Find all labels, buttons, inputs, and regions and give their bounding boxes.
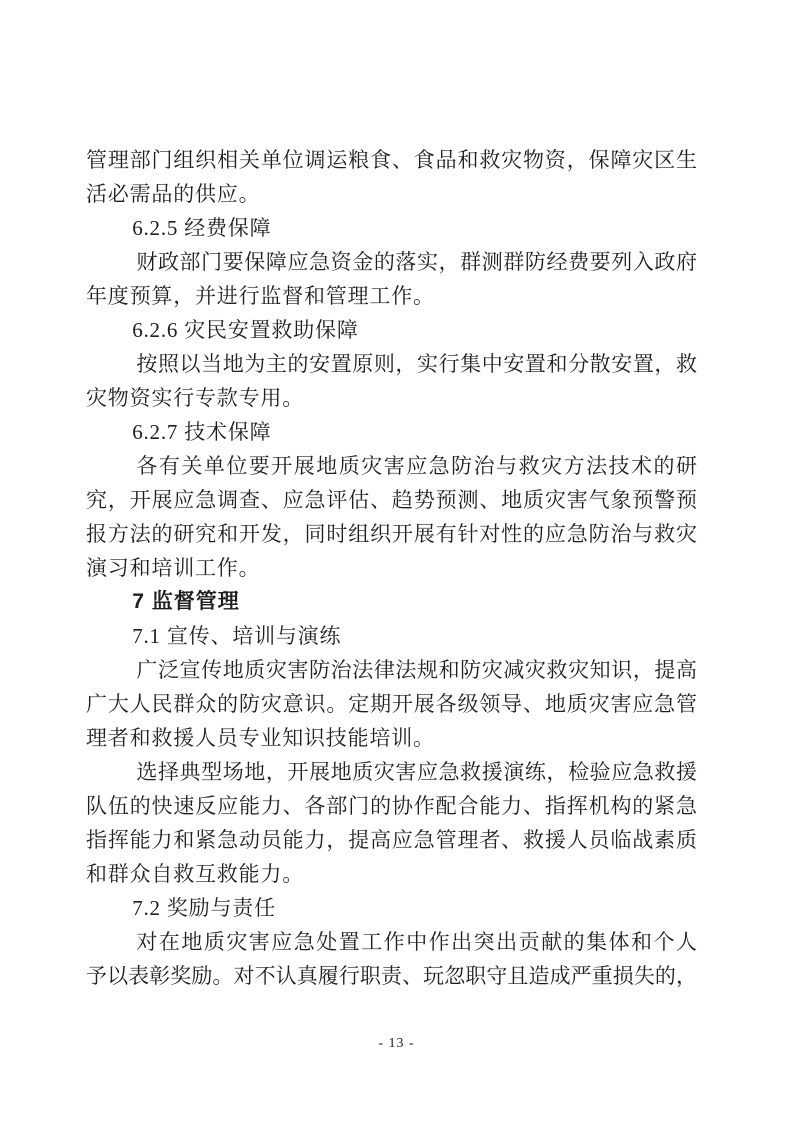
- body-line: 和群众自救互救能力。: [86, 857, 697, 891]
- body-line: 究，开展应急调查、应急评估、趋势预测、地质灾害气象预警预: [86, 483, 697, 517]
- body-line: 对在地质灾害应急处置工作中作出突出贡献的集体和个人: [86, 925, 697, 959]
- heading-7: 7 监督管理: [86, 585, 697, 619]
- page-number: - 13 -: [0, 1034, 793, 1054]
- body-line: 管理部门组织相关单位调运粮食、食品和救灾物资，保障灾区生: [86, 143, 697, 177]
- heading-7-2: 7.2 奖励与责任: [86, 891, 697, 925]
- body-line: 队伍的快速反应能力、各部门的协作配合能力、指挥机构的紧急: [86, 789, 697, 823]
- body-line: 予以表彰奖励。对不认真履行职责、玩忽职守且造成严重损失的，: [86, 959, 697, 993]
- body-line: 灾物资实行专款专用。: [86, 381, 697, 415]
- body-line: 广泛宣传地质灾害防治法律法规和防灾减灾救灾知识，提高: [86, 653, 697, 687]
- body-line: 理者和救援人员专业知识技能培训。: [86, 721, 697, 755]
- text-block: 管理部门组织相关单位调运粮食、食品和救灾物资，保障灾区生 活必需品的供应。 6.…: [86, 143, 697, 993]
- body-line: 广大人民群众的防灾意识。定期开展各级领导、地质灾害应急管: [86, 687, 697, 721]
- heading-6-2-6: 6.2.6 灾民安置救助保障: [86, 313, 697, 347]
- heading-6-2-7: 6.2.7 技术保障: [86, 415, 697, 449]
- body-line: 各有关单位要开展地质灾害应急防治与救灾方法技术的研: [86, 449, 697, 483]
- body-line: 演习和培训工作。: [86, 551, 697, 585]
- body-line: 选择典型场地，开展地质灾害应急救援演练，检验应急救援: [86, 755, 697, 789]
- heading-6-2-5: 6.2.5 经费保障: [86, 211, 697, 245]
- body-line: 按照以当地为主的安置原则，实行集中安置和分散安置，救: [86, 347, 697, 381]
- body-line: 财政部门要保障应急资金的落实，群测群防经费要列入政府: [86, 245, 697, 279]
- body-line: 指挥能力和紧急动员能力，提高应急管理者、救援人员临战素质: [86, 823, 697, 857]
- body-line: 年度预算，并进行监督和管理工作。: [86, 279, 697, 313]
- body-line: 活必需品的供应。: [86, 177, 697, 211]
- document-page: 管理部门组织相关单位调运粮食、食品和救灾物资，保障灾区生 活必需品的供应。 6.…: [0, 0, 793, 1122]
- body-line: 报方法的研究和开发，同时组织开展有针对性的应急防治与救灾: [86, 517, 697, 551]
- heading-7-1: 7.1 宣传、培训与演练: [86, 619, 697, 653]
